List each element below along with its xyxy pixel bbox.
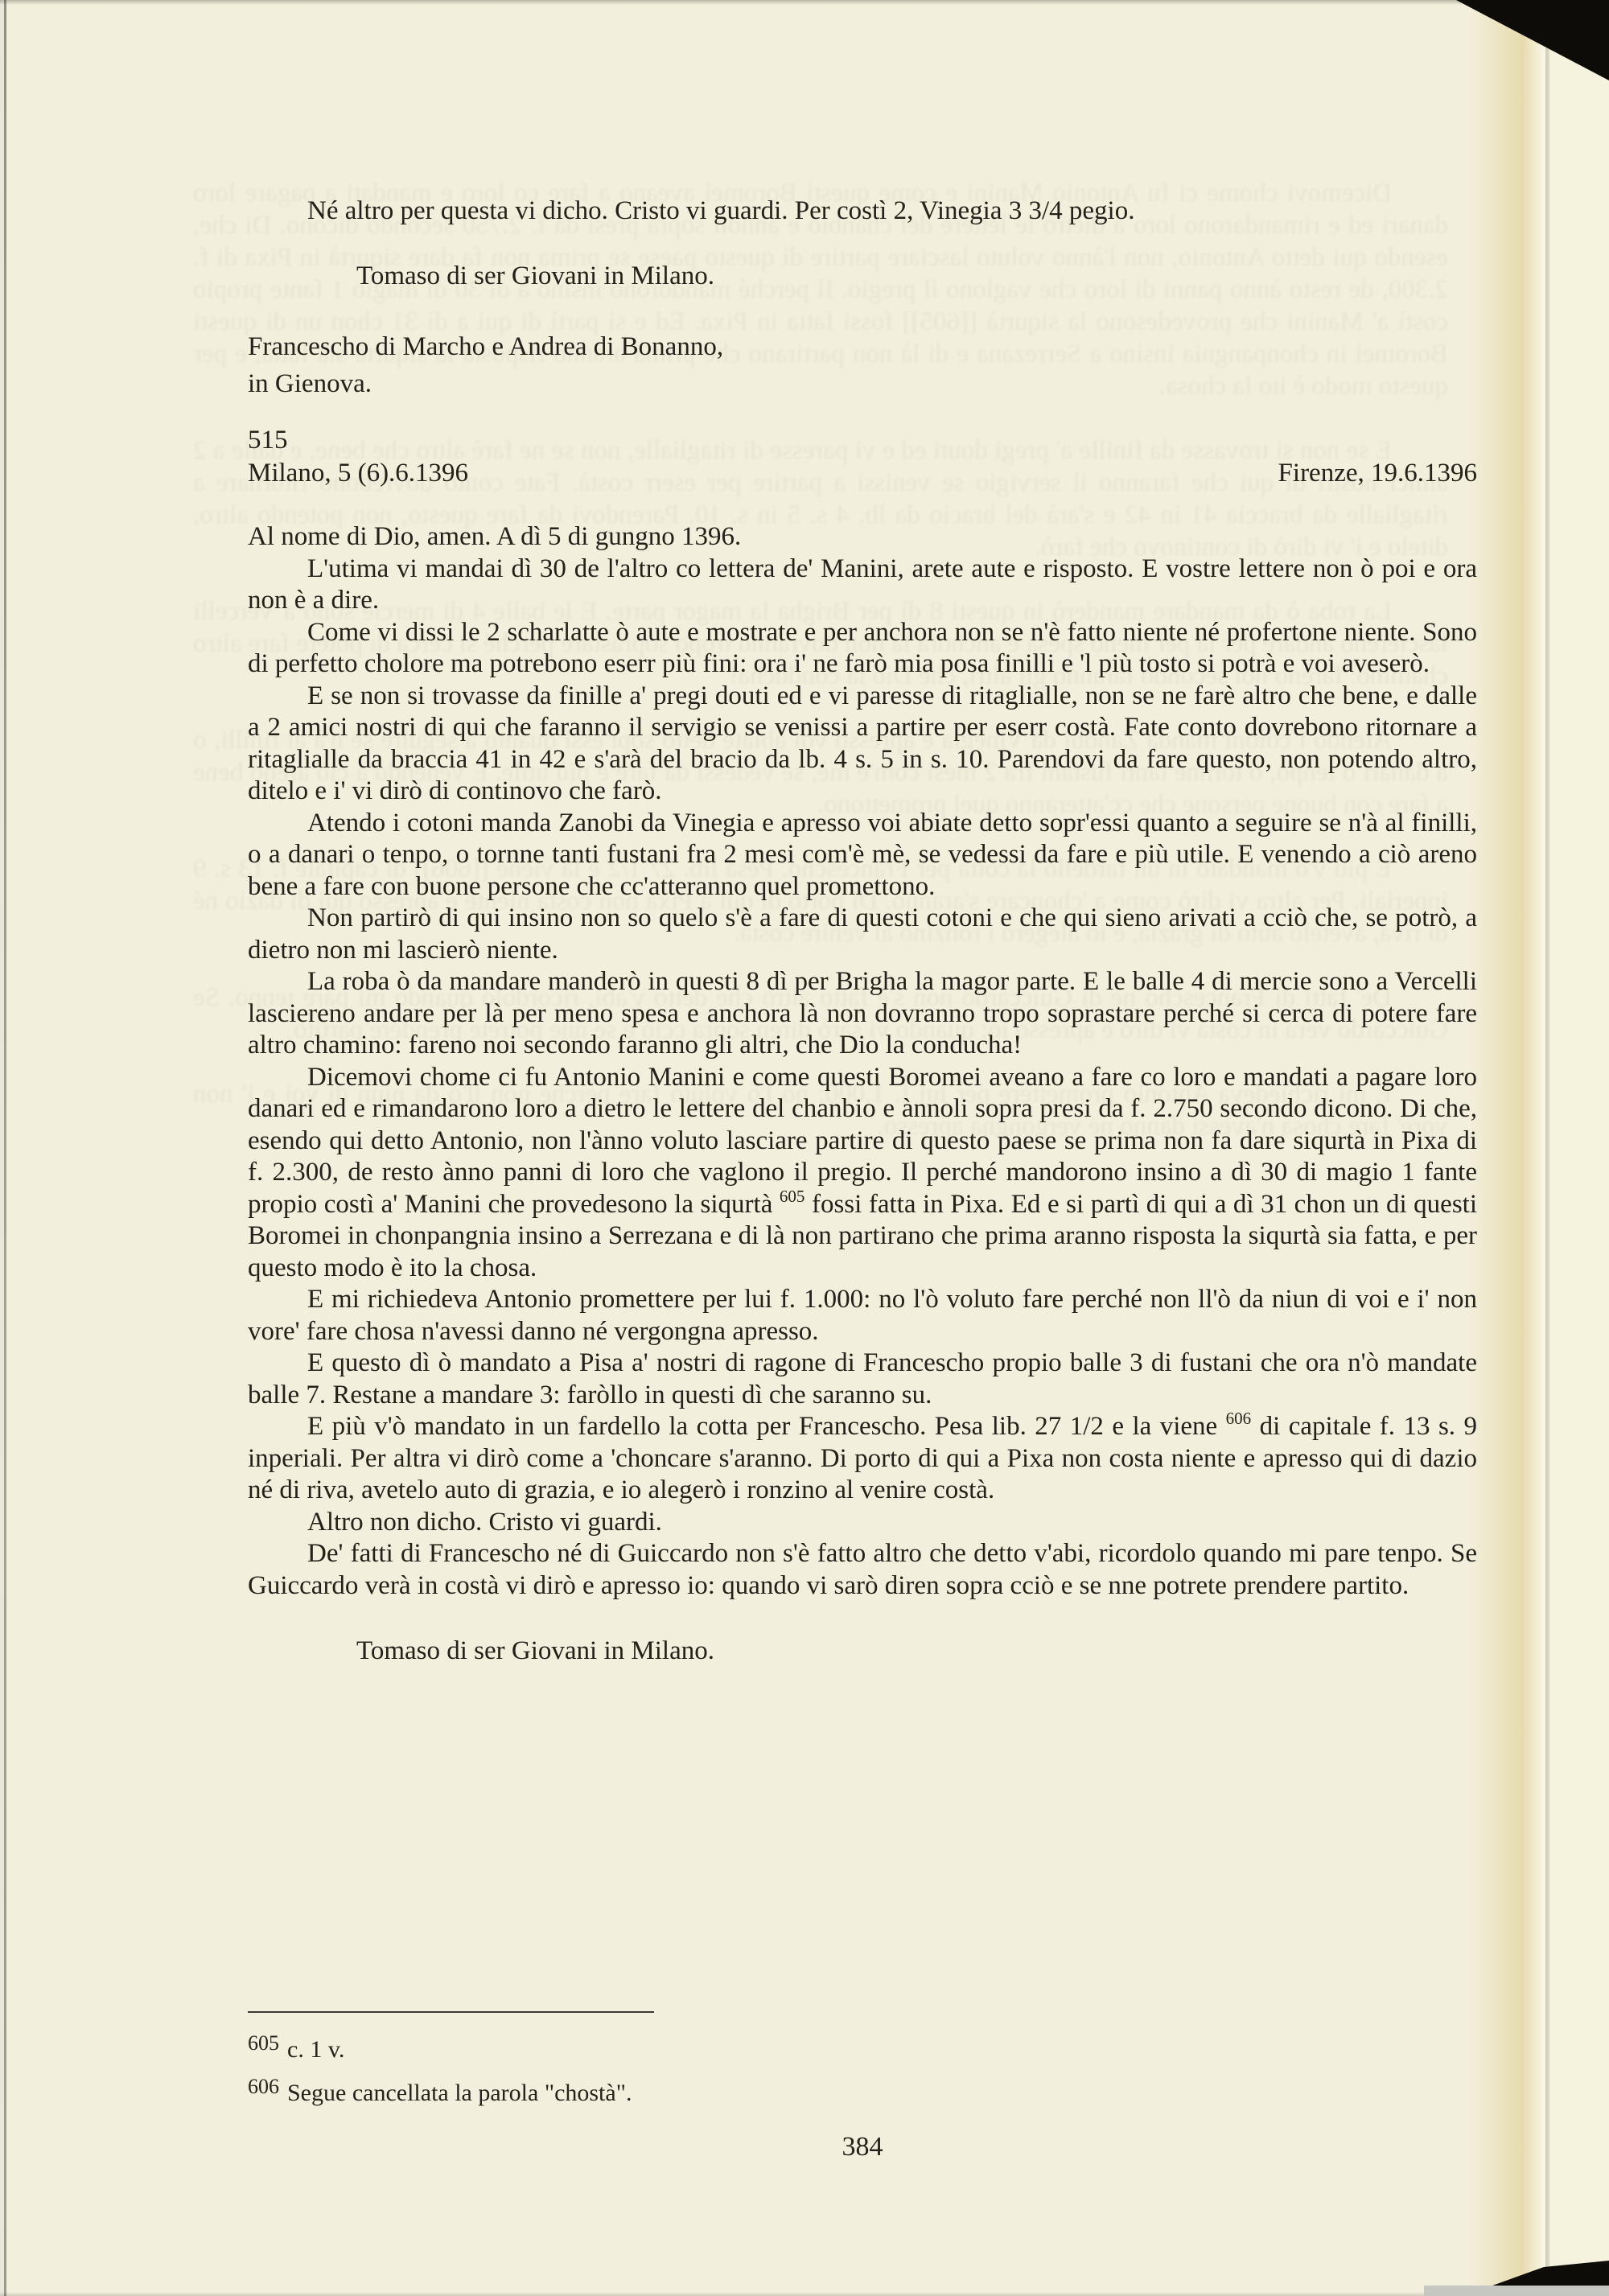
letter-paragraph: Dicemovi chome ci fu Antonio Manini e co…	[248, 1062, 1477, 1285]
footnote-606: 606Segue cancellata la parola "chostà".	[248, 2077, 1477, 2110]
letter-signature: Tomaso di ser Giovani in Milano.	[356, 1636, 1586, 1668]
page-left-edge-line	[4, 0, 6, 2296]
footnote-605: 605c. 1 v.	[248, 2034, 1477, 2067]
footnote-reference: 605	[780, 1187, 805, 1206]
letter-paragraph: Atendo i cotoni manda Zanobi da Vinegia …	[248, 808, 1477, 903]
page-number: 384	[248, 2132, 1477, 2162]
letter-paragraph: De' fatti di Francescho né di Guiccardo …	[248, 1538, 1477, 1602]
footnote-reference: 606	[1226, 1409, 1252, 1428]
scanned-book-page: Dicemovi chome ci fu Antonio Manini e co…	[0, 0, 1609, 2296]
footnote-number: 606	[248, 2075, 279, 2098]
letter-paragraph: E mi richiedeva Antonio promettere per l…	[248, 1284, 1477, 1348]
next-page-edge	[1548, 0, 1609, 2296]
letter-paragraph: E più v'ò mandato in un fardello la cott…	[248, 1411, 1477, 1507]
page-curl-shading	[1469, 0, 1545, 2296]
place-date-line: Milano, 5 (6).6.1396 Firenze, 19.6.1396	[248, 458, 1477, 490]
place-date-origin: Milano, 5 (6).6.1396	[248, 458, 468, 490]
letter-paragraph: Non partirò di qui insino non so quelo s…	[248, 903, 1477, 966]
place-date-received: Firenze, 19.6.1396	[1278, 458, 1477, 490]
footnote-area: 605c. 1 v. 606Segue cancellata la parola…	[248, 2011, 1477, 2121]
letter-paragraph: Altro non dicho. Cristo vi guardi.	[248, 1507, 1477, 1539]
address-line-1: Francescho di Marcho e Andrea di Bonanno…	[248, 328, 1477, 365]
footnote-text: c. 1 v.	[287, 2036, 344, 2063]
address-line-2: in Gienova.	[248, 365, 1477, 402]
letter-paragraph: E se non si trovasse da finille a' pregi…	[248, 681, 1477, 808]
page-top-shadow	[0, 0, 1609, 5]
footnote-number: 605	[248, 2031, 279, 2055]
page-bottom-shadow	[0, 2292, 1424, 2296]
previous-letter-closing-line: Né altro per questa vi dicho. Cristo vi …	[248, 195, 1477, 228]
footnote-rule	[248, 2011, 654, 2013]
footnote-text: Segue cancellata la parola "chostà".	[287, 2080, 632, 2106]
letter-paragraph: E questo dì ò mandato a Pisa a' nostri d…	[248, 1348, 1477, 1411]
page-crease	[1545, 0, 1549, 2296]
letter-paragraph: L'utima vi mandai dì 30 de l'altro co le…	[248, 553, 1477, 617]
letter-number: 515	[248, 425, 1477, 457]
text-block: Né altro per questa vi dicho. Cristo vi …	[248, 195, 1477, 1668]
scanner-bed-strip	[1424, 2286, 1609, 2296]
salutation: Al nome di Dio, amen. A dì 5 di gungno 1…	[248, 521, 1477, 553]
previous-letter-signature: Tomaso di ser Giovani in Milano.	[356, 261, 1586, 293]
letter-paragraph: La roba ò da mandare manderò in questi 8…	[248, 966, 1477, 1062]
letter-paragraph: Come vi dissi le 2 scharlatte ò aute e m…	[248, 617, 1477, 681]
